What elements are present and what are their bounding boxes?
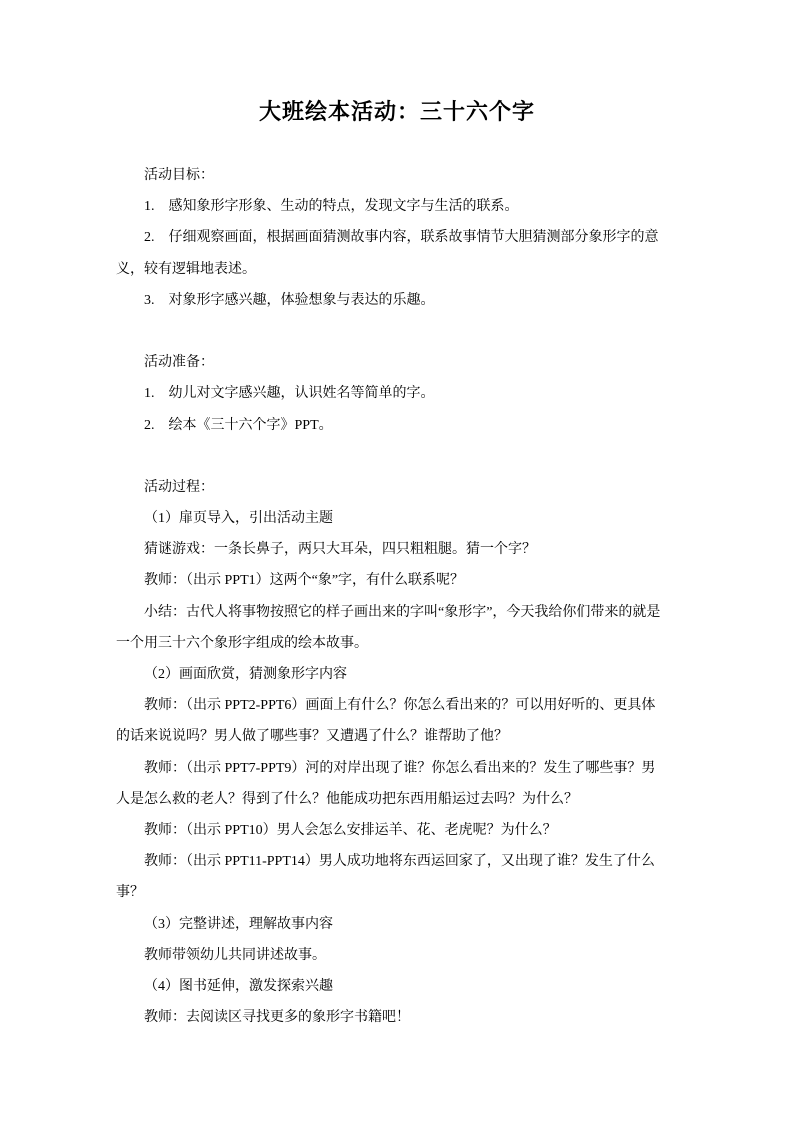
text-line: 教师：（出示 PPT1）这两个“象”字，有什么联系呢？ [116, 565, 678, 596]
text-line: 教师带领幼儿共同讲述故事。 [116, 940, 678, 971]
text-line: 人是怎么救的老人？得到了什么？他能成功把东西用船运过去吗？为什么？ [116, 784, 678, 815]
text-line: （2）画面欣赏，猜测象形字内容 [116, 659, 678, 690]
text-line: 一个用三十六个象形字组成的绘本故事。 [116, 628, 678, 659]
text-line: 2. 仔细观察画面，根据画面猜测故事内容，联系故事情节大胆猜测部分象形字的意 [116, 222, 678, 253]
text-line: 小结：古代人将事物按照它的样子画出来的字叫“象形字”，今天我给你们带来的就是 [116, 597, 678, 628]
text-line: 活动准备： [116, 347, 678, 378]
text-line: 义，较有逻辑地表述。 [116, 254, 678, 285]
text-line: 的话来说说吗？男人做了哪些事？又遭遇了什么？谁帮助了他？ [116, 721, 678, 752]
text-line: 活动目标： [116, 160, 678, 191]
text-line: 教师：（出示 PPT10）男人会怎么安排运羊、花、老虎呢？为什么？ [116, 815, 678, 846]
blank-line [116, 441, 678, 472]
text-line: 1. 幼儿对文字感兴趣，认识姓名等简单的字。 [116, 378, 678, 409]
text-line: 猜谜游戏：一条长鼻子，两只大耳朵，四只粗粗腿。猜一个字？ [116, 534, 678, 565]
text-line: 教师：（出示 PPT2-PPT6）画面上有什么？你怎么看出来的？可以用好听的、更… [116, 690, 678, 721]
document-title: 大班绘本活动：三十六个字 [0, 96, 794, 127]
document-page: 大班绘本活动：三十六个字 活动目标：1. 感知象形字形象、生动的特点，发现文字与… [0, 0, 794, 1123]
text-line: （1）扉页导入，引出活动主题 [116, 503, 678, 534]
blank-line [116, 316, 678, 347]
text-line: 2. 绘本《三十六个字》PPT。 [116, 410, 678, 441]
text-line: 教师：去阅读区寻找更多的象形字书籍吧！ [116, 1002, 678, 1033]
text-line: 教师：（出示 PPT11-PPT14）男人成功地将东西运回家了，又出现了谁？发生… [116, 846, 678, 877]
text-line: 3. 对象形字感兴趣，体验想象与表达的乐趣。 [116, 285, 678, 316]
text-line: 1. 感知象形字形象、生动的特点，发现文字与生活的联系。 [116, 191, 678, 222]
text-line: 活动过程： [116, 472, 678, 503]
document-body: 活动目标：1. 感知象形字形象、生动的特点，发现文字与生活的联系。2. 仔细观察… [0, 160, 794, 1033]
text-line: （4）图书延伸，激发探索兴趣 [116, 971, 678, 1002]
text-line: （3）完整讲述，理解故事内容 [116, 909, 678, 940]
text-line: 教师：（出示 PPT7-PPT9）河的对岸出现了谁？你怎么看出来的？发生了哪些事… [116, 753, 678, 784]
text-line: 事？ [116, 877, 678, 908]
